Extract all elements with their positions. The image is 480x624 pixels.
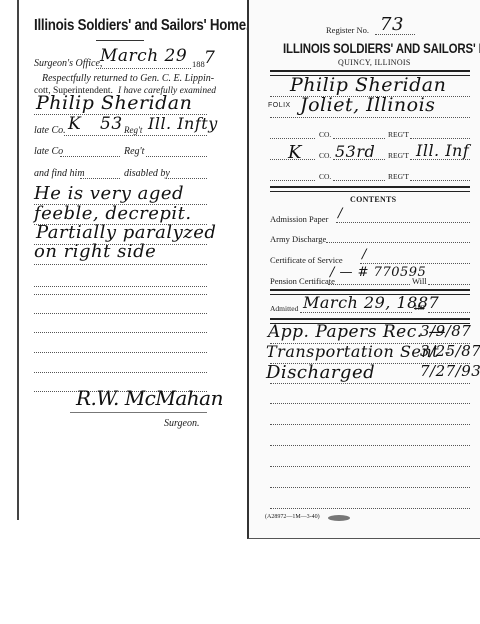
disabled-by-label: disabled by — [124, 168, 170, 179]
remark-rule — [34, 264, 207, 265]
remark-line-2: feeble, decrepit. — [34, 203, 192, 224]
contents-value-certificate: / — [362, 247, 367, 262]
alias-note: FOLIX — [268, 102, 291, 109]
regt-line-2 — [146, 156, 207, 157]
note-3-text: Discharged — [266, 362, 375, 383]
co-label-2: CO. — [319, 151, 331, 160]
regt-label-2: REG'T — [388, 151, 409, 160]
signature-line — [70, 412, 207, 413]
register-label: Register No. — [326, 25, 369, 35]
note-2-date: 3/25/87 — [420, 342, 480, 360]
co-line — [333, 159, 385, 160]
remark-line-3: Partially paralyzed — [36, 222, 216, 243]
blank-rule — [34, 372, 207, 373]
co-line — [270, 138, 315, 139]
regt-label: Reg't — [124, 125, 142, 135]
co-label-3: CO. — [319, 172, 331, 181]
note-1-date: 3/9/87 — [420, 322, 471, 340]
blank-rule — [270, 466, 470, 467]
co-label: CO. — [319, 130, 331, 139]
co-line — [270, 159, 315, 160]
regt-label: REG'T — [388, 130, 409, 139]
admitted-suffix: 189 — [414, 304, 425, 312]
remark-line-1: He is very aged — [34, 183, 184, 204]
contents-line — [336, 222, 470, 223]
printer-union-mark-icon — [328, 515, 350, 521]
left-card-edge — [17, 0, 19, 520]
blank-rule — [270, 508, 470, 509]
regt-label-3: REG'T — [388, 172, 409, 181]
contents-divider — [270, 186, 470, 192]
contents-value-admission: / — [338, 206, 343, 221]
title-divider — [96, 40, 144, 41]
form-number: (A28972—1M—3-40) — [265, 514, 320, 520]
blank-rule — [34, 313, 207, 314]
will-label: Will — [412, 276, 427, 286]
late-co-value: K — [68, 114, 81, 134]
contents-heading: CONTENTS — [350, 195, 396, 204]
residence-line — [270, 117, 470, 118]
blank-rule — [270, 424, 470, 425]
notes-line — [270, 383, 470, 384]
examined-name: Philip Sheridan — [36, 92, 192, 114]
co-line — [270, 180, 315, 181]
contents-line — [328, 284, 410, 285]
admitted-line — [300, 312, 412, 313]
year-prefix: 188 — [192, 59, 205, 69]
late-co-label: late Co. — [34, 125, 66, 136]
surgeon-signature: R.W. McMahan — [76, 386, 223, 410]
contents-line — [360, 263, 470, 264]
signature-title: Surgeon. — [164, 418, 199, 429]
regt-label-2: Reg't — [124, 146, 144, 157]
right-card-subtitle: QUINCY, ILLINOIS — [338, 58, 411, 67]
regt-line — [410, 159, 470, 160]
find-him-label: and find him — [34, 168, 85, 179]
will-line — [428, 284, 470, 285]
find-him-line — [80, 178, 120, 179]
admitted-label: Admitted — [270, 304, 298, 313]
blank-rule — [270, 487, 470, 488]
regt-value: Ill. Infty — [148, 114, 218, 133]
right-card-title: ILLINOIS SOLDIERS' AND SAILORS' HOME — [283, 40, 480, 56]
regt-line — [410, 138, 470, 139]
note-3-date: 7/27/93 — [420, 362, 480, 380]
surgeons-office-label: Surgeon's Office, — [34, 58, 102, 69]
contents-label-pension: Pension Certificate — [270, 276, 335, 286]
disabled-by-line — [166, 178, 207, 179]
co-line — [333, 138, 385, 139]
member-residence: Joliet, Illinois — [300, 94, 435, 116]
regiment-number: 53 — [100, 114, 123, 134]
blank-rule — [34, 286, 207, 287]
surgeons-office-date: March 29 — [100, 46, 187, 66]
blank-rule — [34, 332, 207, 333]
blank-rule — [34, 294, 207, 295]
remark-line-4: on right side — [34, 241, 156, 262]
member-name: Philip Sheridan — [290, 74, 446, 96]
regt-value: Ill. Inf — [416, 141, 469, 160]
contents-label-discharge: Army Discharge — [270, 234, 326, 244]
regt-line — [410, 180, 470, 181]
register-number: 73 — [380, 14, 404, 35]
late-co-line — [64, 135, 207, 136]
blank-rule — [270, 445, 470, 446]
contents-line — [326, 242, 470, 243]
late-co-line-2 — [60, 156, 120, 157]
contents-label-certificate: Certificate of Service — [270, 255, 343, 265]
contents-label-admission: Admission Paper — [270, 214, 328, 224]
date-line — [96, 68, 191, 69]
blank-rule — [34, 352, 207, 353]
co-line — [333, 180, 385, 181]
year-suffix: 7 — [204, 48, 215, 68]
admitted-line — [428, 312, 470, 313]
late-co-label-2: late Co — [34, 146, 63, 157]
left-card-title: Illinois Soldiers' and Sailors' Home. — [34, 17, 249, 35]
blank-rule — [270, 403, 470, 404]
returned-text-1: Respectfully returned to Gen. C. E. Lipp… — [42, 73, 214, 84]
